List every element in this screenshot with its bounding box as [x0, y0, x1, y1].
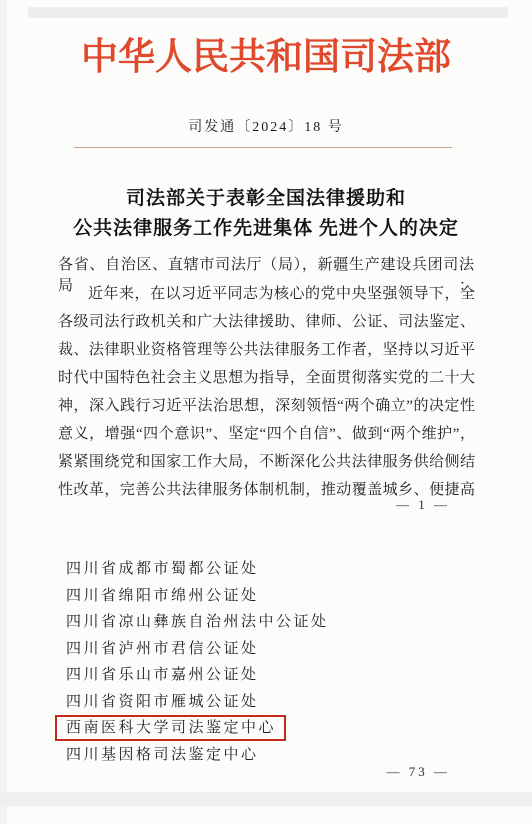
award-list-item: 四川省成都市蜀都公证处 — [66, 556, 486, 583]
award-list-item-highlighted: 西南医科大学司法鉴定中心 — [66, 715, 486, 742]
body-paragraph-line: 各级司法行政机关和广大法律援助、律师、公证、司法鉴定、仲 — [58, 308, 475, 336]
page-number-73: — 73 — — [387, 764, 451, 780]
body-paragraph-line: 近年来，在以习近平同志为核心的党中央坚强领导下，全国 — [58, 280, 475, 308]
scan-artifact-top — [28, 7, 508, 18]
body-paragraph-line: 时代中国特色社会主义思想为指导，全面贯彻落实党的二十大精 — [58, 364, 475, 392]
award-list: 四川省成都市蜀都公证处 四川省绵阳市绵州公证处 四川省凉山彝族自治州法中公证处 … — [66, 556, 486, 768]
body-paragraph-line: 裁、法律职业资格管理等公共法律服务工作者，坚持以习近平新 — [58, 336, 475, 364]
document-number: 司发通〔2024〕18 号 — [0, 116, 532, 136]
award-list-item: 四川省资阳市雁城公证处 — [66, 689, 486, 716]
award-list-item: 四川省绵阳市绵州公证处 — [66, 583, 486, 610]
red-divider-line — [74, 147, 452, 148]
document-title-line-2: 公共法律服务工作先进集体 先进个人的决定 — [0, 214, 532, 244]
award-list-item: 四川省凉山彝族自治州法中公证处 — [66, 609, 486, 636]
body-paragraph-line: 神，深入践行习近平法治思想，深刻领悟“两个确立”的决定性 — [58, 392, 475, 420]
body-paragraph: 近年来，在以习近平同志为核心的党中央坚强领导下，全国 各级司法行政机关和广大法律… — [58, 280, 475, 504]
award-list-item: 四川省乐山市嘉州公证处 — [66, 662, 486, 689]
body-paragraph-line: 紧紧围绕党和国家工作大局，不断深化公共法律服务供给侧结构 — [58, 448, 475, 476]
highlight-box: 西南医科大学司法鉴定中心 — [55, 715, 286, 741]
ministry-header-title: 中华人民共和国司法部 — [0, 26, 532, 80]
page-number-1: — 1 — — [396, 497, 450, 513]
award-list-item: 四川省泸州市君信公证处 — [66, 636, 486, 663]
body-paragraph-line: 意义，增强“四个意识”、坚定“四个自信”、做到“两个维护”， — [58, 420, 475, 448]
document-title-line-1: 司法部关于表彰全国法律援助和 — [0, 184, 532, 214]
document-title: 司法部关于表彰全国法律援助和 公共法律服务工作先进集体 先进个人的决定 — [0, 184, 532, 244]
scan-artifact-bottom — [0, 792, 532, 806]
document-page: 中华人民共和国司法部 司发通〔2024〕18 号 司法部关于表彰全国法律援助和 … — [0, 0, 532, 824]
